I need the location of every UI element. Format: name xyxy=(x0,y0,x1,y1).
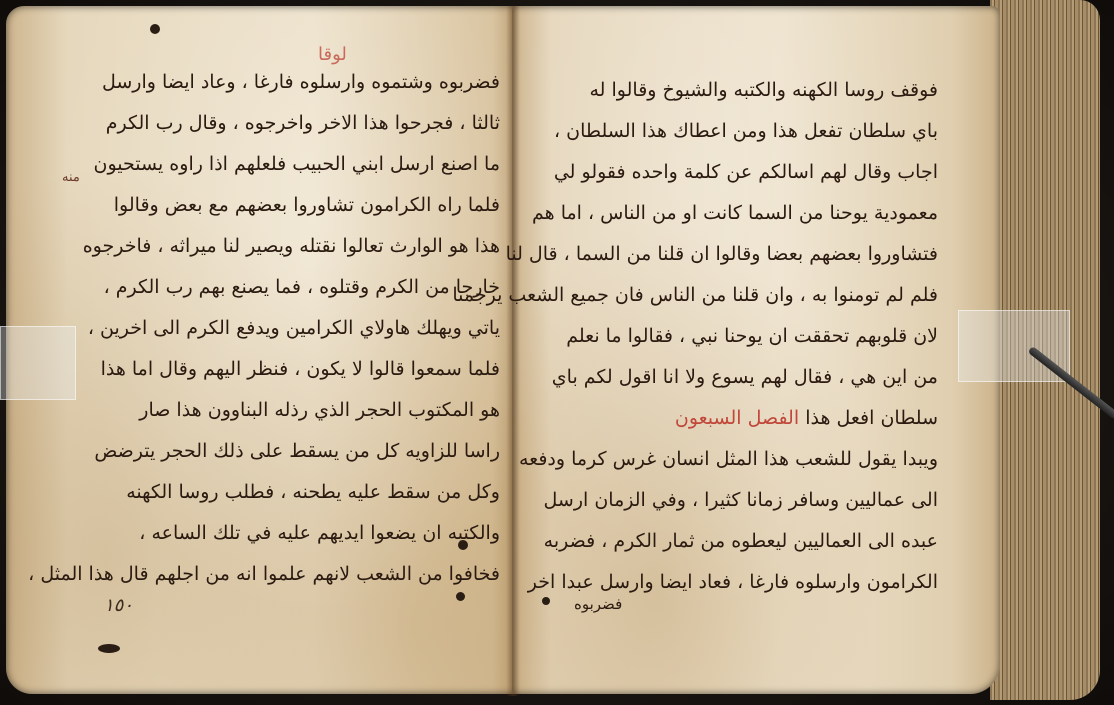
text-line: ثالثا ، فجرحوا هذا الاخر واخرجوه ، وقال … xyxy=(120,103,500,144)
text-line: فلما سمعوا قالوا لا يكون ، فنظر اليهم وق… xyxy=(120,349,500,390)
right-page-text: فوقف روسا الكهنه والكتبه والشيوخ وقالوا … xyxy=(548,70,938,603)
text-line: سلطان افعل هذا الفصل السبعون xyxy=(548,398,938,439)
worm-hole xyxy=(456,592,465,601)
text-line: هو المكتوب الحجر الذي رذله البناوون هذا … xyxy=(120,390,500,431)
text-line: باي سلطان تفعل هذا ومن اعطاك هذا السلطان… xyxy=(548,111,938,152)
text-line: ويبدا يقول للشعب هذا المثل انسان غرس كرم… xyxy=(548,439,938,480)
text-line: وكل من سقط عليه يطحنه ، فطلب روسا الكهنه xyxy=(120,472,500,513)
worm-hole xyxy=(150,24,160,34)
text-line: راسا للزاويه كل من يسقط على ذلك الحجر يت… xyxy=(120,431,500,472)
text-line: اجاب وقال لهم اسالكم عن كلمة واحده فقولو… xyxy=(548,152,938,193)
worm-hole xyxy=(98,644,120,653)
text-line: ياتي ويهلك هاولاي الكرامين ويدفع الكرم ا… xyxy=(120,308,500,349)
text-line: معمودية يوحنا من السما كانت او من الناس … xyxy=(548,193,938,234)
text-line: فضربوه وشتموه وارسلوه فارغا ، وعاد ايضا … xyxy=(120,62,500,103)
left-page-text: فضربوه وشتموه وارسلوه فارغا ، وعاد ايضا … xyxy=(120,62,500,595)
text-line: هذا هو الوارث تعالوا نقتله ويصير لنا مير… xyxy=(120,226,500,267)
worm-hole xyxy=(542,597,550,605)
text-line: لان قلوبهم تحققت ان يوحنا نبي ، فقالوا م… xyxy=(548,316,938,357)
margin-note: منه xyxy=(62,170,80,185)
text-span: سلطان افعل هذا xyxy=(805,407,938,429)
text-line: فخافوا من الشعب لانهم علموا انه من اجلهم… xyxy=(120,554,500,595)
text-line: عبده الى العماليين ليعطوه من ثمار الكرم … xyxy=(548,521,938,562)
text-line: ما اصنع ارسل ابني الحبيب فلعلهم اذا راوه… xyxy=(120,144,500,185)
text-line: فلما راه الكرامون تشاوروا بعضهم مع بعض و… xyxy=(120,185,500,226)
text-line: والكتبه ان يضعوا ايديهم عليه في تلك السا… xyxy=(120,513,500,554)
text-line: فتشاوروا بعضهم بعضا وقالوا ان قلنا من ال… xyxy=(548,234,938,275)
text-line: من اين هي ، فقال لهم يسوع ولا انا اقول ل… xyxy=(548,357,938,398)
book-gutter xyxy=(506,6,520,696)
folio-number: ١٥٠ xyxy=(104,595,133,616)
clear-tape-strip xyxy=(0,326,76,400)
worm-hole xyxy=(458,540,468,550)
catchword: فضربوه xyxy=(574,595,622,613)
text-line: خارجا من الكرم وقتلوه ، فما يصنع بهم رب … xyxy=(120,267,500,308)
text-line: فوقف روسا الكهنه والكتبه والشيوخ وقالوا … xyxy=(548,70,938,111)
text-line: فلم لم تومنوا به ، وان قلنا من الناس فان… xyxy=(548,275,938,316)
text-line: الى عماليين وسافر زمانا كثيرا ، وفي الزم… xyxy=(548,480,938,521)
rubric-heading: الفصل السبعون xyxy=(675,407,799,429)
